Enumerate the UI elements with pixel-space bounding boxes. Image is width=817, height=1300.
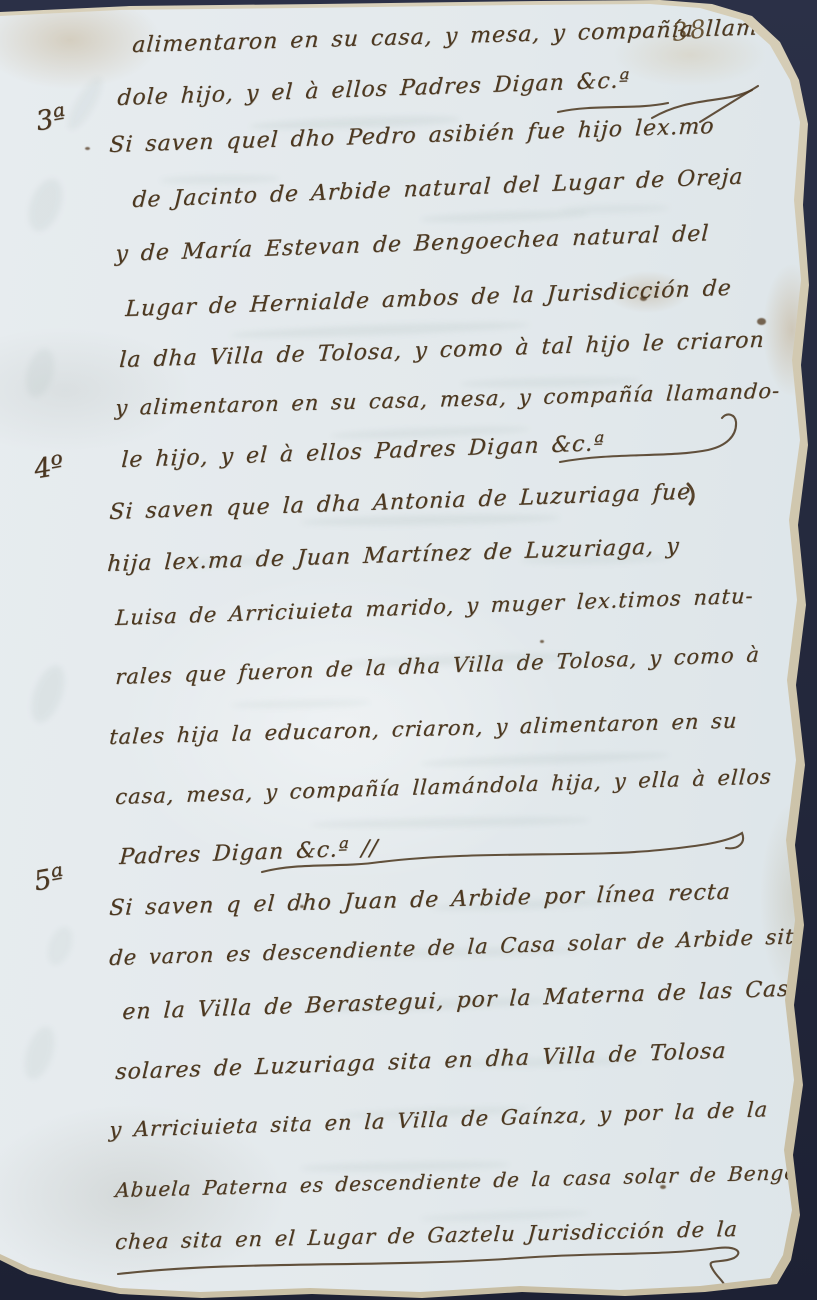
- manuscript-line-14: tales hija la educaron, criaron, y alime…: [109, 709, 739, 749]
- manuscript-line-15: casa, mesa, y compañía llamándola hija, …: [115, 764, 773, 809]
- manuscript-line-19: en la Villa de Berastegui, por la Matern…: [122, 976, 817, 1025]
- manuscript-line-11: hija lex.ma de Juan Martínez de Luzuriag…: [107, 534, 681, 577]
- manuscript-line-17: Si saven q el dho Juan de Arbide por lín…: [108, 880, 731, 921]
- closing-rule: [118, 1248, 738, 1292]
- bleed-through-text: [62, 74, 108, 135]
- photo-backdrop: 38 3ª4º5ª alimentaron en su casa, y mesa…: [0, 0, 817, 1300]
- manuscript-line-13: rales que fueron de la dha Villa de Tolo…: [115, 642, 761, 689]
- bleed-through-text: [420, 751, 670, 769]
- manuscript-line-20: solares de Luzuriaga sita en dha Villa d…: [115, 1039, 727, 1085]
- bleed-through-text: [560, 204, 670, 214]
- bleed-through-text: [22, 174, 69, 236]
- manuscript-line-12: Luisa de Arriciuieta marido, y muger lex…: [115, 584, 754, 630]
- margin-number-4º: 4º: [32, 450, 67, 486]
- manuscript-page: 38 3ª4º5ª alimentaron en su casa, y mesa…: [0, 0, 817, 1300]
- ink-speck: [540, 640, 544, 643]
- bleed-through-text: [310, 816, 590, 830]
- margin-number-3ª: 3ª: [34, 102, 69, 138]
- manuscript-line-18: de varon es descendiente de la Casa sola…: [109, 924, 809, 970]
- margin-number-5ª: 5ª: [32, 862, 67, 898]
- manuscript-line-5: y de María Estevan de Bengoechea natural…: [115, 221, 710, 267]
- manuscript-line-2: dole hijo, y el à ellos Padres Digan &c.…: [117, 68, 631, 111]
- manuscript-line-6: Lugar de Hernialde ambos de la Jurisdicc…: [125, 276, 733, 322]
- bleed-through-text: [21, 345, 59, 400]
- ink-speck: [757, 318, 766, 325]
- manuscript-line-7: la dha Villa de Tolosa, y como à tal hij…: [119, 328, 766, 373]
- bleed-through-text: [43, 923, 77, 968]
- manuscript-line-21: y Arriciuieta sita en la Villa de Gaínza…: [109, 1097, 769, 1142]
- bleed-through-text: [19, 1023, 61, 1083]
- manuscript-line-1: alimentaron en su casa, y mesa, y compañ…: [132, 14, 797, 58]
- rubric-flourish-1: [558, 103, 668, 112]
- ink-speck: [85, 147, 90, 150]
- manuscript-line-16: Padres Digan &c.ª //: [119, 836, 379, 870]
- manuscript-line-23: chea sita en el Lugar de Gaztelu Jurisdi…: [114, 1217, 738, 1254]
- bleed-through-text: [25, 661, 72, 727]
- manuscript-line-8: y alimentaron en su casa, mesa, y compañ…: [115, 379, 781, 420]
- bleed-through-text: [230, 699, 370, 709]
